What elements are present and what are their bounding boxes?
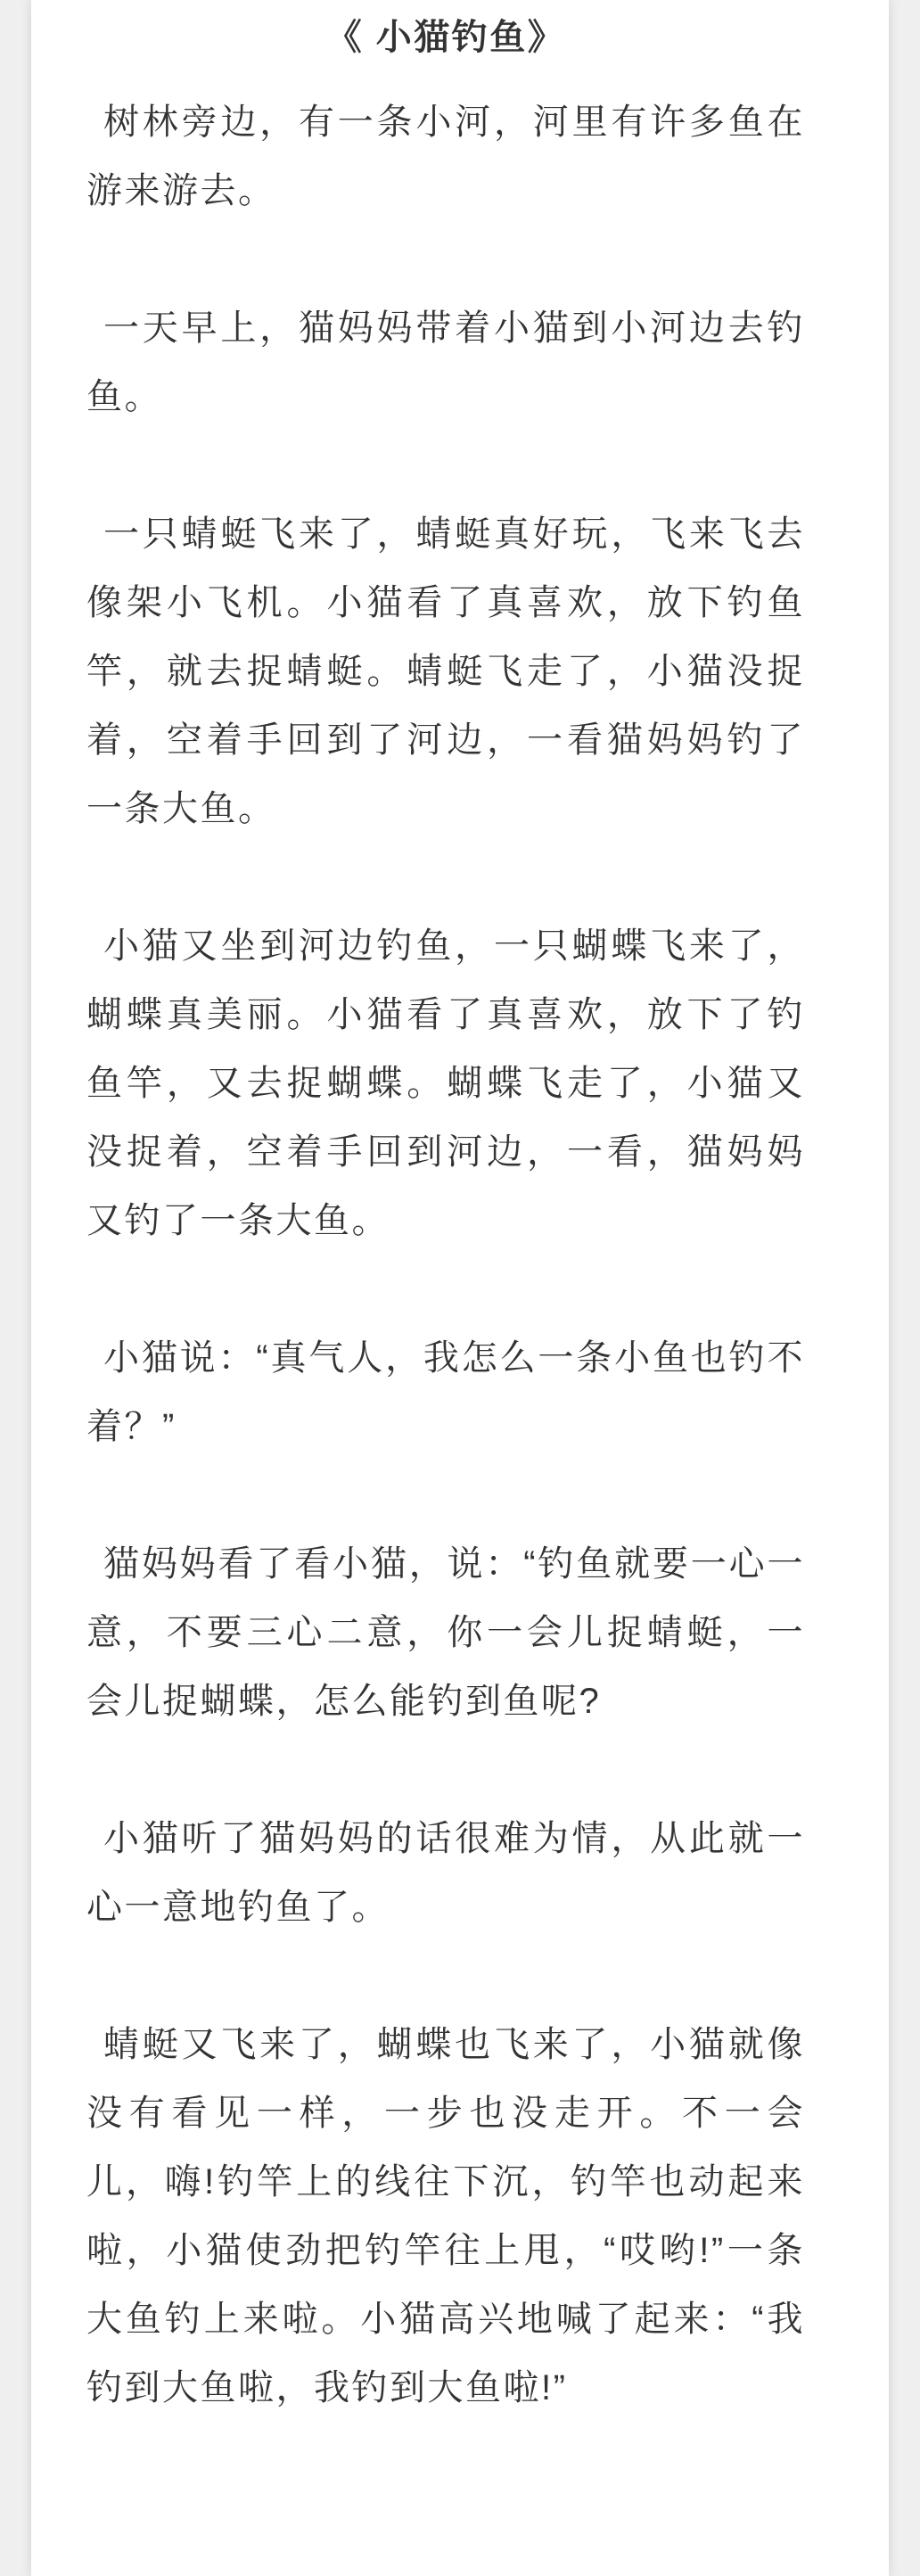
reading-page: 《 小猫钓鱼》 树林旁边，有一条小河，河里有许多鱼在游来游去。一天早上，猫妈妈带… [31,0,889,2576]
story-paragraph: 一只蜻蜓飞来了，蜻蜓真好玩，飞来飞去像架小飞机。小猫看了真喜欢，放下钓鱼竿，就去… [86,500,805,844]
story-paragraph: 小猫说：“真气人，我怎么一条小鱼也钓不着？” [86,1324,805,1461]
story-paragraph: 一天早上，猫妈妈带着小猫到小河边去钓鱼。 [86,294,805,432]
story-paragraph: 蜻蜓又飞来了，蝴蝶也飞来了，小猫就像没有看见一样，一步也没走开。不一会儿，嗨!钓… [86,2011,805,2423]
story-paragraph: 猫妈妈看了看小猫，说：“钓鱼就要一心一意，不要三心二意，你一会儿捉蜻蜓，一会儿捉… [86,1530,805,1736]
reading-stage: 《 小猫钓鱼》 树林旁边，有一条小河，河里有许多鱼在游来游去。一天早上，猫妈妈带… [0,0,920,2576]
story-paragraph: 小猫听了猫妈妈的话很难为情，从此就一心一意地钓鱼了。 [86,1805,805,1942]
story-paragraph: 树林旁边，有一条小河，河里有许多鱼在游来游去。 [86,88,805,226]
page-title: 《 小猫钓鱼》 [86,4,805,72]
story-paragraph: 小猫又坐到河边钓鱼，一只蝴蝶飞来了，蝴蝶真美丽。小猫看了真喜欢，放下了钓鱼竿，又… [86,912,805,1255]
story-body: 树林旁边，有一条小河，河里有许多鱼在游来游去。一天早上，猫妈妈带着小猫到小河边去… [86,88,805,2423]
